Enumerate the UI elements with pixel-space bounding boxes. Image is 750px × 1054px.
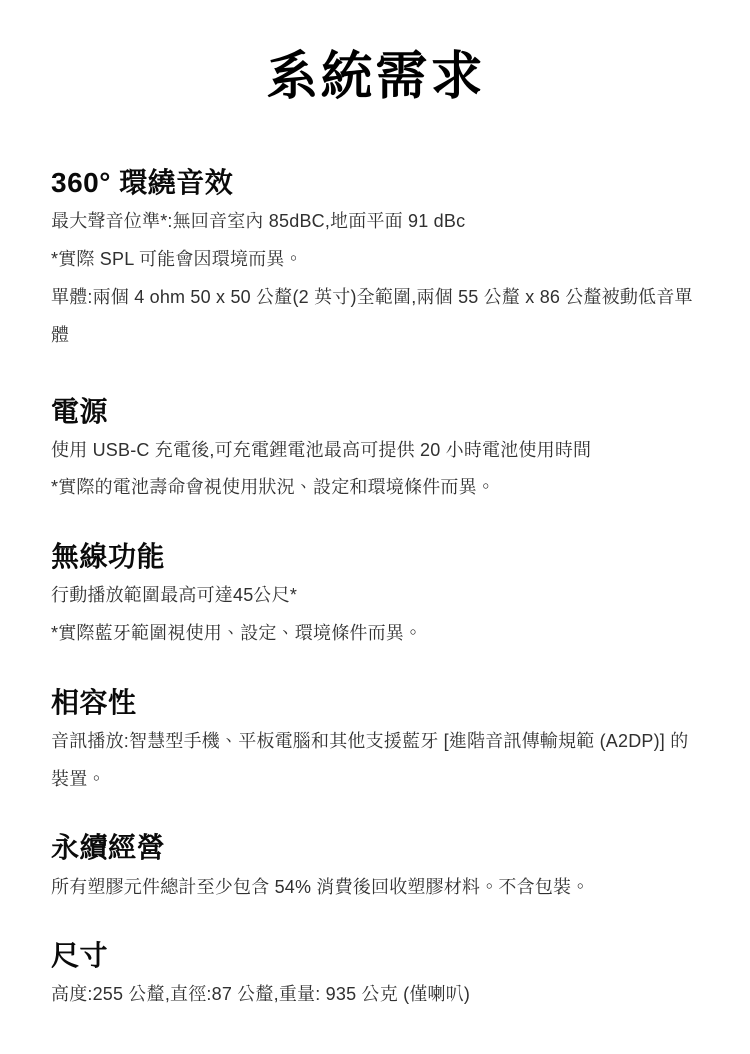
section-dimensions: 尺寸 高度:255 公釐,直徑:87 公釐,重量: 935 公克 (僅喇叭) (51, 939, 700, 1014)
section-heading-sustainability: 永續經營 (51, 831, 700, 864)
section-heading-surround-sound: 360° 環繞音效 (51, 166, 700, 199)
section-heading-power: 電源 (51, 395, 700, 428)
spec-dimensions-weight: 高度:255 公釐,直徑:87 公釐,重量: 935 公克 (僅喇叭) (51, 976, 700, 1014)
spec-wireless-range: 行動播放範圍最高可達45公尺* (51, 577, 700, 615)
spec-audio-playback: 音訊播放:智慧型手機、平板電腦和其他支援藍牙 [進階音訊傳輸規範 (A2DP)]… (51, 723, 700, 799)
footnote-bluetooth-range: *實際藍牙範圍視使用、設定、環境條件而異。 (51, 615, 700, 653)
spec-sheet-page: 系統需求 360° 環繞音效 最大聲音位準*:無回音室內 85dBC,地面平面 … (0, 0, 750, 1054)
footnote-spl: *實際 SPL 可能會因環境而異。 (51, 241, 700, 279)
spec-max-sound-level: 最大聲音位準*:無回音室內 85dBC,地面平面 91 dBc (51, 203, 700, 241)
spec-battery-life: 使用 USB-C 充電後,可充電鋰電池最高可提供 20 小時電池使用時間 (51, 432, 700, 470)
section-wireless: 無線功能 行動播放範圍最高可達45公尺* *實際藍牙範圍視使用、設定、環境條件而… (51, 540, 700, 653)
section-power: 電源 使用 USB-C 充電後,可充電鋰電池最高可提供 20 小時電池使用時間 … (51, 395, 700, 508)
section-surround-sound: 360° 環繞音效 最大聲音位準*:無回音室內 85dBC,地面平面 91 dB… (51, 166, 700, 354)
section-heading-wireless: 無線功能 (51, 540, 700, 573)
page-title: 系統需求 (51, 46, 700, 108)
spec-drivers: 單體:兩個 4 ohm 50 x 50 公釐(2 英寸)全範圍,兩個 55 公釐… (51, 279, 700, 355)
section-compatibility: 相容性 音訊播放:智慧型手機、平板電腦和其他支援藍牙 [進階音訊傳輸規範 (A2… (51, 686, 700, 799)
section-sustainability: 永續經營 所有塑膠元件總計至少包含 54% 消費後回收塑膠材料。不含包裝。 (51, 831, 700, 906)
footnote-battery: *實際的電池壽命會視使用狀況、設定和環境條件而異。 (51, 469, 700, 507)
spec-recycled-plastic: 所有塑膠元件總計至少包含 54% 消費後回收塑膠材料。不含包裝。 (51, 869, 700, 907)
section-heading-compatibility: 相容性 (51, 686, 700, 719)
section-heading-dimensions: 尺寸 (51, 939, 700, 972)
